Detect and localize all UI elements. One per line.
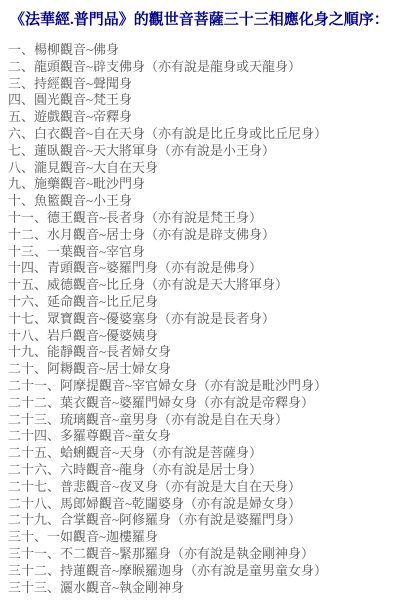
list-item: 二十一、阿摩提觀音~宰官婦女身（亦有說是毗沙門身）	[8, 378, 403, 395]
list-item: 十、魚籃觀音~小王身	[8, 193, 403, 210]
list-item: 八、瀧見觀音~大自在天身	[8, 160, 403, 177]
list-item: 四、圓光觀音~梵王身	[8, 92, 403, 109]
list-item: 二十九、合掌觀音~阿修羅身（亦有說是婆羅門身）	[8, 512, 403, 529]
list-item: 三十、一如觀音~迦樓羅身	[8, 529, 403, 546]
list-item: 十二、水月觀音~居士身（亦有說是辟支佛身）	[8, 227, 403, 244]
list-item: 十五、威德觀音~比丘身（亦有說是天大將軍身）	[8, 277, 403, 294]
list-item: 十九、能靜觀音~長者婦女身	[8, 344, 403, 361]
list-item: 二十三、琉璃觀音~童男身（亦有說是自在天身）	[8, 412, 403, 429]
list-item: 二十五、蛤蜊觀音~天身（亦有說是菩薩身）	[8, 445, 403, 462]
list-item: 十四、青頭觀音~婆羅門身（亦有說是佛身）	[8, 260, 403, 277]
list-item: 二十、阿耨觀音~居士婦女身	[8, 361, 403, 378]
list-item: 九、施藥觀音~毗沙門身	[8, 176, 403, 193]
list-item: 二十八、馬郎婦觀音~乾闥婆身（亦有說是婦女身）	[8, 496, 403, 513]
document-page: 《法華經.普門品》的觀世音菩薩三十三相應化身之順序： 一、楊柳觀音~佛身 二、龍…	[0, 0, 407, 596]
list-item: 二十七、普悲觀音~夜叉身（亦有說是大自在天身）	[8, 479, 403, 496]
manifestation-list: 一、楊柳觀音~佛身 二、龍頭觀音~辟支佛身（亦有說是龍身或天龍身） 三、持經觀音…	[8, 42, 403, 596]
list-item: 十三、一葉觀音~宰官身	[8, 244, 403, 261]
page-title: 《法華經.普門品》的觀世音菩薩三十三相應化身之順序：	[10, 11, 403, 30]
list-item: 十一、德王觀音~長者身（亦有說是梵王身）	[8, 210, 403, 227]
list-item: 二十六、六時觀音~龍身（亦有說是居士身）	[8, 462, 403, 479]
list-item: 二十二、葉衣觀音~婆羅門婦女身（亦有說是帝釋身）	[8, 395, 403, 412]
list-item: 二十四、多羅尊觀音~童女身	[8, 428, 403, 445]
list-item: 五、遊戲觀音~帝釋身	[8, 109, 403, 126]
list-item: 一、楊柳觀音~佛身	[8, 42, 403, 59]
list-item: 三十三、灑水觀音~執金剛神身	[8, 580, 403, 597]
list-item: 十六、延命觀音~比丘尼身	[8, 294, 403, 311]
list-item: 七、蓮臥觀音~天大將軍身（亦有說是小王身）	[8, 143, 403, 160]
list-item: 二、龍頭觀音~辟支佛身（亦有說是龍身或天龍身）	[8, 59, 403, 76]
list-item: 十七、眾寶觀音~優婆塞身（亦有說是長者身）	[8, 311, 403, 328]
list-item: 三十二、持蓮觀音~摩睺羅迦身（亦有說是童男童女身）	[8, 563, 403, 580]
list-item: 三十一、不二觀音~緊那羅身（亦有說是執金剛神身）	[8, 546, 403, 563]
list-item: 六、白衣觀音~自在天身（亦有說是比丘身或比丘尼身）	[8, 126, 403, 143]
list-item: 十八、岩戶觀音~優婆姨身	[8, 328, 403, 345]
list-item: 三、持經觀音~聲聞身	[8, 76, 403, 93]
